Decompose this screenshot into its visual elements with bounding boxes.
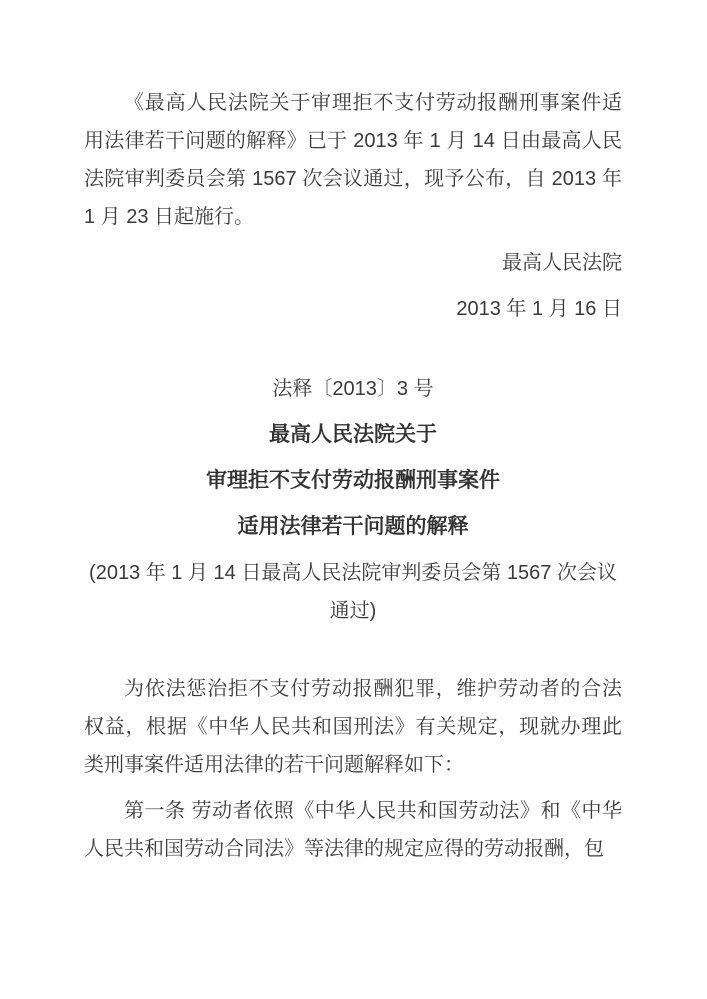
title-line-2: 审理拒不支付劳动报酬刑事案件: [84, 462, 622, 500]
title-line-3: 适用法律若干问题的解释: [84, 508, 622, 546]
document-page: 《最高人民法院关于审理拒不支付劳动报酬刑事案件适用法律若干问题的解释》已于 20…: [0, 0, 707, 999]
preamble-paragraph: 为依法惩治拒不支付劳动报酬犯罪，维护劳动者的合法权益，根据《中华人民共和国刑法》…: [84, 670, 622, 784]
announcement-paragraph: 《最高人民法院关于审理拒不支付劳动报酬刑事案件适用法律若干问题的解释》已于 20…: [84, 84, 622, 236]
doc-number: 法释〔2013〕3 号: [84, 370, 622, 408]
signature-issuer: 最高人民法院: [84, 244, 622, 282]
title-line-1: 最高人民法院关于: [84, 416, 622, 454]
article-1-paragraph: 第一条 劳动者依照《中华人民共和国劳动法》和《中华人民共和国劳动合同法》等法律的…: [84, 792, 622, 868]
adoption-note: (2013 年 1 月 14 日最高人民法院审判委员会第 1567 次会议通过): [84, 554, 622, 630]
signature-date: 2013 年 1 月 16 日: [84, 290, 622, 328]
